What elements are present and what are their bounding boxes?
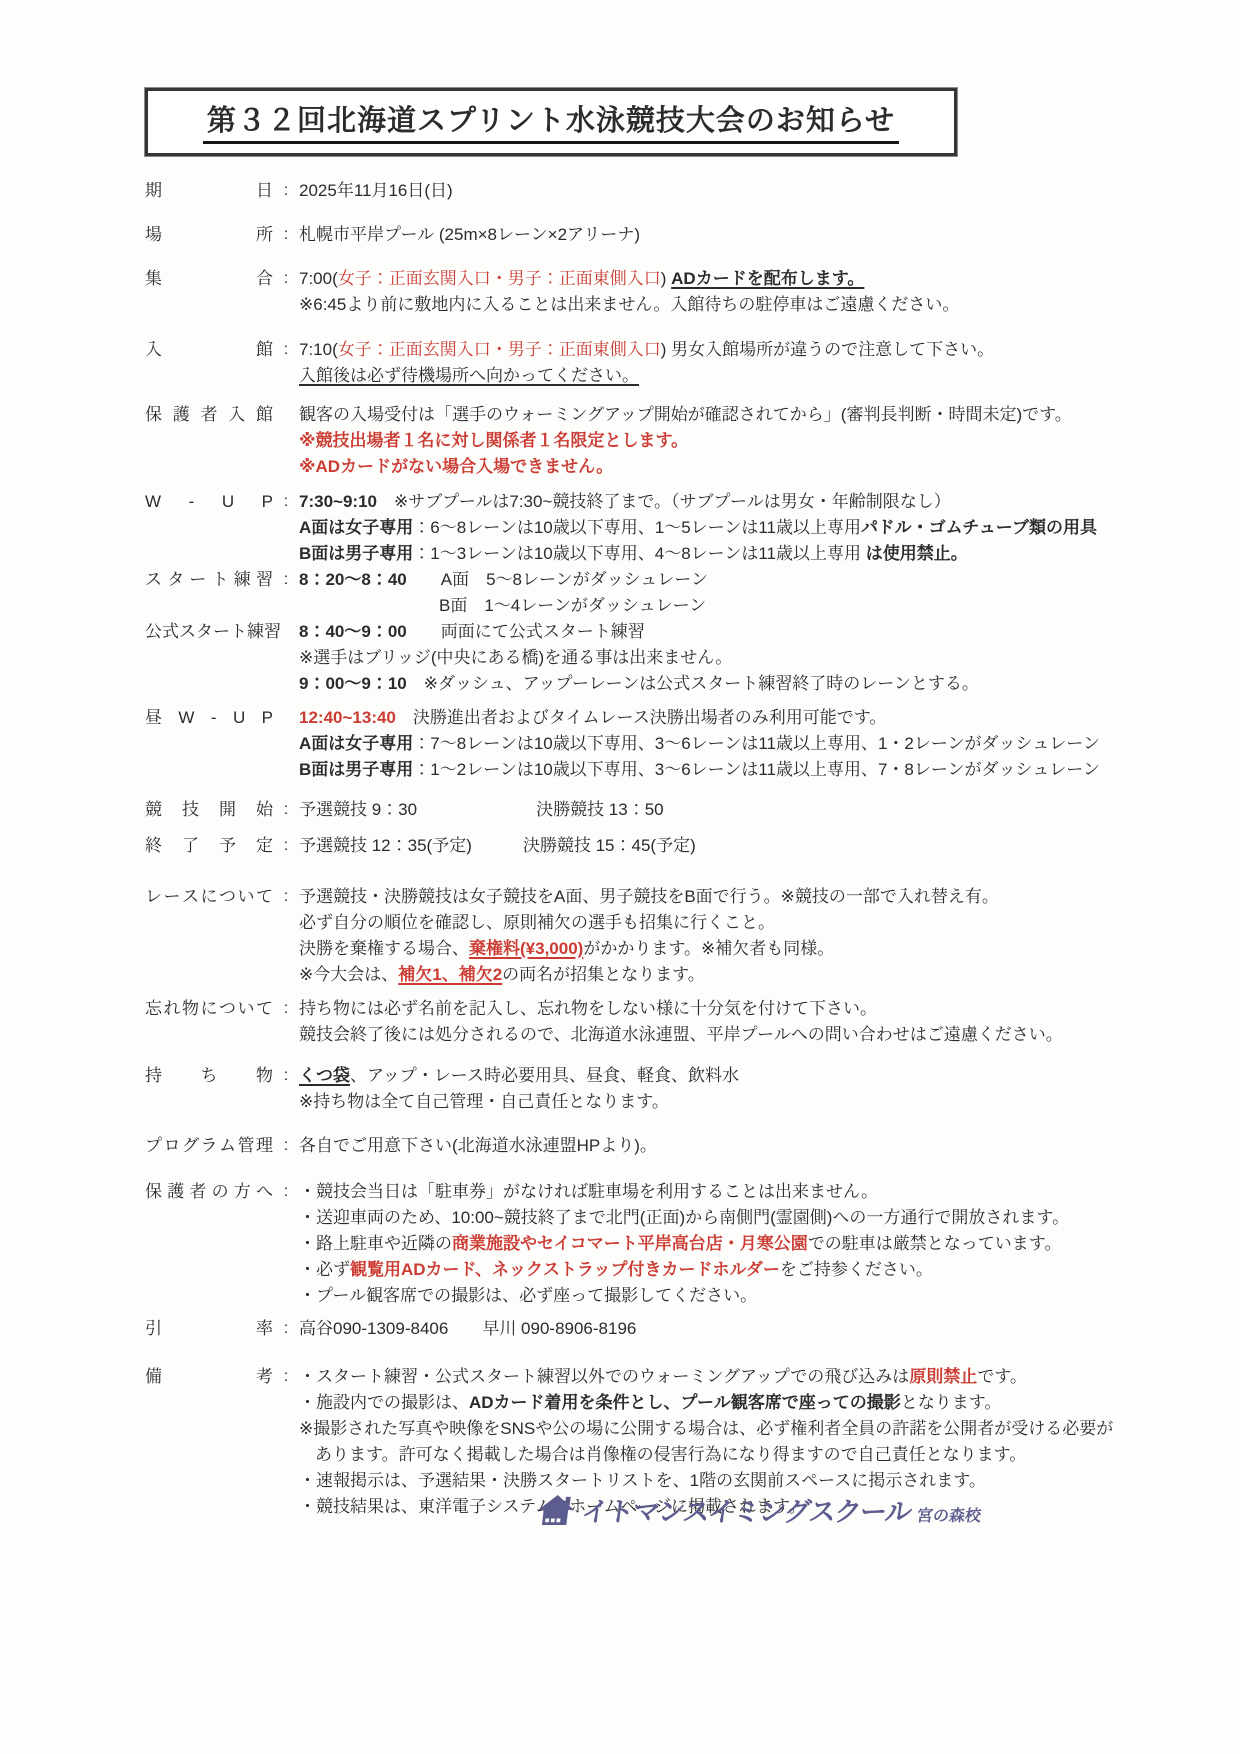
label-char: 合 [256, 266, 273, 292]
text-line: 決勝を棄権する場合、棄権料(¥3,000)がかかります。※補欠者も同様。 [299, 936, 1180, 962]
section-label: 入館 [145, 337, 273, 363]
text-segment: 8：20～8：40 [299, 570, 407, 589]
text-segment: ※ADカードがない場合入場できません。 [299, 457, 613, 476]
label-char: い [238, 996, 255, 1022]
text-segment: 予選競技 9：30 決勝競技 13：50 [299, 800, 664, 819]
house-icon [535, 1494, 577, 1526]
text-line: 12:40~13:40 決勝進出者およびタイムレース決勝出場者のみ利用可能です。 [299, 705, 1180, 731]
label-char: 物 [256, 1063, 273, 1089]
text-line: 9：00～9：10 ※ダッシュ、アップーレーンは公式スタート練習終了時のレーンと… [299, 671, 1180, 697]
label-char: 始 [256, 797, 273, 823]
section: 終了予定 : 予選競技 12：35(予定) 決勝競技 15：45(予定) [145, 833, 1180, 859]
text-segment: 観覧用ADカード、ネックストラップ付きカードホルダー [350, 1260, 780, 1279]
text-segment: 7:10( [299, 340, 338, 359]
text-segment: ・スタート練習・公式スタート練習以外でのウォーミングアップでの飛び込みは [299, 1367, 909, 1386]
label-char: 保 [145, 402, 162, 428]
text-segment: 予選競技・決勝競技は女子競技をA面、男子競技をB面で行う。※競技の一部で入れ替え… [299, 887, 999, 906]
label-char: - [189, 489, 195, 515]
section: レースについて : 予選競技・決勝競技は女子競技をA面、男子競技をB面で行う。※… [145, 884, 1180, 988]
label-char: に [201, 884, 218, 910]
label-char: 定 [256, 833, 273, 859]
label-char: 護 [173, 402, 190, 428]
text-segment: ・送迎車両のため、10:00~競技終了まで北門(正面)から南側門(霊園側)への一… [299, 1208, 1069, 1227]
text-line: ・競技会当日は「駐車券」がなければ駐車場を利用することは出来ません。 [299, 1179, 1180, 1205]
label-char: 考 [256, 1364, 273, 1390]
label-char: 所 [256, 222, 273, 248]
text-segment: 2025年11月16日(日) [299, 181, 453, 200]
section-lines: 予選競技 9：30 決勝競技 13：50 [299, 797, 1180, 823]
text-segment: ※サブプールは7:30~競技終了まで。（サブプールは男女・年齢制限なし） [377, 492, 951, 511]
label-char: の [212, 1179, 229, 1205]
text-line: 予選競技 9：30 決勝競技 13：50 [299, 797, 1180, 823]
text-line: ・プール観客席での撮影は、必ず座って撮影してください。 [299, 1283, 1180, 1309]
text-line: 高谷090-1309-8406 早川 090-8906-8196 [299, 1316, 1180, 1342]
text-segment: A面は女子専用 [299, 518, 413, 537]
label-char: - [211, 705, 217, 731]
label-char: W [178, 705, 194, 731]
label-char: 方 [234, 1179, 251, 1205]
label-char: 習 [256, 567, 273, 593]
section: 公式スタート練習 8：40～9：00 両面にて公式スタート練習※選手はブリッジ(… [145, 619, 1180, 697]
text-line: 7:10(女子：正面玄関入口・男子：正面東側入口) 男女入館場所が違うので注意し… [299, 337, 1180, 363]
label-char: ト [230, 619, 247, 645]
label-char: 護 [167, 1179, 184, 1205]
scanned-notice-page: 第３２回北海道スプリント水泳競技大会のお知らせ 期日 : 2025年11月16日… [0, 0, 1240, 1754]
text-segment: での駐車は厳禁となっています。 [808, 1234, 1062, 1253]
section-label: 公式スタート練習 [145, 619, 273, 645]
text-line: くつ袋、アップ・レース時必要用具、昼食、軽食、飲料水 [299, 1063, 1180, 1089]
section-label: 競技開始 [145, 797, 273, 823]
text-line: あります。許可なく掲載した場合は肖像権の侵害行為になり得ますので自己責任となりま… [299, 1442, 1180, 1468]
text-line: B面は男子専用：1～3レーンは10歳以下専用、4～8レーンは11歳以上専用 は使… [299, 541, 1180, 567]
text-segment: 、アップ・レース時必要用具、昼食、軽食、飲料水 [350, 1066, 739, 1085]
text-segment: ：1～2レーンは10歳以下専用、3～6レーンは11歳以上専用、7・8レーンがダッ… [413, 760, 1100, 779]
section-lines: 予選競技・決勝競技は女子競技をA面、男子競技をB面で行う。※競技の一部で入れ替え… [299, 884, 1180, 988]
label-char: 物 [182, 996, 199, 1022]
text-segment: 観客の入場受付は「選手のウォーミングアップ開始が確認されてから」(審判長判断・時… [299, 405, 1072, 424]
section-lines: ・競技会当日は「駐車券」がなければ駐車場を利用することは出来ません。・送迎車両の… [299, 1179, 1180, 1309]
text-segment: ：7～8レーンは10歳以下専用、3～6レーンは11歳以上専用、1・2レーンがダッ… [413, 734, 1100, 753]
section: 昼W-UP 12:40~13:40 決勝進出者およびタイムレース決勝出場者のみ利… [145, 705, 1180, 783]
label-char: P [262, 705, 273, 731]
label-char: タ [196, 619, 213, 645]
section-colon: : [273, 567, 299, 593]
text-line: B面は男子専用：1～2レーンは10歳以下専用、3～6レーンは11歳以上専用、7・… [299, 757, 1180, 783]
label-char: れ [164, 996, 181, 1022]
label-char: 率 [256, 1316, 273, 1342]
label-char: 者 [201, 402, 218, 428]
text-segment: 女子：正面玄関入口・男子：正面東側入口 [338, 269, 661, 288]
label-char: つ [219, 996, 236, 1022]
section-colon: : [273, 1179, 299, 1205]
label-char: 集 [145, 266, 162, 292]
text-segment: B面 1～4レーンがダッシュレーン [439, 596, 706, 615]
label-char: 備 [145, 1364, 162, 1390]
text-segment: ・路上駐車や近隣の [299, 1234, 452, 1253]
section: 入館 : 7:10(女子：正面玄関入口・男子：正面東側入口) 男女入館場所が違う… [145, 337, 1180, 389]
text-line: 8：20～8：40 A面 5～8レーンがダッシュレーン [299, 567, 1180, 593]
text-line: 予選競技・決勝競技は女子競技をA面、男子競技をB面で行う。※競技の一部で入れ替え… [299, 884, 1180, 910]
section-colon: : [273, 996, 299, 1022]
label-char: 習 [264, 619, 281, 645]
label-char: U [222, 489, 234, 515]
section-colon: : [273, 833, 299, 859]
text-segment: B面は男子専用 [299, 760, 413, 779]
text-segment: 決勝進出者およびタイムレース決勝出場者のみ利用可能です。 [396, 708, 886, 727]
label-char: 練 [234, 567, 251, 593]
section-label: 集合 [145, 266, 273, 292]
label-char: 引 [145, 1316, 162, 1342]
text-segment: ADカード着用を条件とし、プール観客席で座っての撮影 [469, 1393, 901, 1412]
text-line: ※6:45より前に敷地内に入ることは出来ません。入館待ちの駐停車はご遠慮ください… [299, 292, 1180, 318]
section-lines: 7:00(女子：正面玄関入口・男子：正面東側入口) ADカードを配布します。※6… [299, 266, 1180, 318]
section-lines: 8：20～8：40 A面 5～8レーンがダッシュレーンB面 1～4レーンがダッシ… [299, 567, 1180, 619]
text-line: 観客の入場受付は「選手のウォーミングアップ開始が確認されてから」(審判長判断・時… [299, 402, 1180, 428]
label-char: に [201, 996, 218, 1022]
label-char: ラ [201, 1133, 218, 1159]
section-lines: 8：40～9：00 両面にて公式スタート練習※選手はブリッジ(中央にある橋)を通… [299, 619, 1180, 697]
text-segment: をご持参ください。 [780, 1260, 933, 1279]
text-line: A面は女子専用：6～8レーンは10歳以下専用、1～5レーンは11歳以上専用パドル… [299, 515, 1180, 541]
text-segment: は使用禁止。 [866, 544, 968, 563]
section: W-UP : 7:30~9:10 ※サブプールは7:30~競技終了まで。（サブプ… [145, 489, 1180, 567]
section-lines: 観客の入場受付は「選手のウォーミングアップ開始が確認されてから」(審判長判断・時… [299, 402, 1180, 480]
label-char: つ [219, 884, 236, 910]
section-lines: 7:10(女子：正面玄関入口・男子：正面東側入口) 男女入館場所が違うので注意し… [299, 337, 1180, 389]
label-char: 技 [182, 797, 199, 823]
label-char: ス [182, 884, 199, 910]
text-line: 競技会終了後には処分されるので、北海道水泳連盟、平岸プールへの問い合わせはご遠慮… [299, 1022, 1180, 1048]
label-char: 館 [256, 337, 273, 363]
section: 持ち物 : くつ袋、アップ・レース時必要用具、昼食、軽食、飲料水※持ち物は全て自… [145, 1063, 1180, 1115]
section-label: 引率 [145, 1316, 273, 1342]
section-colon: : [273, 884, 299, 910]
section: 保護者の方へ : ・競技会当日は「駐車券」がなければ駐車場を利用することは出来ま… [145, 1179, 1180, 1309]
section-label: 場所 [145, 222, 273, 248]
text-segment: 決勝を棄権する場合、 [299, 939, 469, 958]
text-segment: ) 男女入館場所が違うので注意して下さい。 [661, 340, 994, 359]
label-char: ー [189, 567, 206, 593]
text-line: ※持ち物は全て自己管理・自己責任となります。 [299, 1089, 1180, 1115]
section-label: プログラム管理 [145, 1133, 273, 1159]
text-line: ※今大会は、補欠1、補欠2の両名が招集となります。 [299, 962, 1180, 988]
text-segment: ※持ち物は全て自己管理・自己責任となります。 [299, 1092, 669, 1111]
section-lines: 予選競技 12：35(予定) 決勝競技 15：45(予定) [299, 833, 1180, 859]
text-line: A面は女子専用：7～8レーンは10歳以下専用、3～6レーンは11歳以上専用、1・… [299, 731, 1180, 757]
section-colon: : [273, 1063, 299, 1089]
label-char: 忘 [145, 996, 162, 1022]
text-segment: 9：00～9：10 [299, 674, 407, 693]
text-segment: 商業施設やセイコマート平岸高台店・月寒公園 [452, 1234, 808, 1253]
section-label: 期日 [145, 178, 273, 204]
text-segment: あります。許可なく掲載した場合は肖像権の侵害行為になり得ますので自己責任となりま… [315, 1445, 1026, 1464]
section-lines: 12:40~13:40 決勝進出者およびタイムレース決勝出場者のみ利用可能です。… [299, 705, 1180, 783]
text-line: ※ADカードがない場合入場できません。 [299, 454, 1180, 480]
label-char: ー [164, 884, 181, 910]
section-colon: : [273, 337, 299, 363]
label-char: 館 [256, 402, 273, 428]
text-line: ・必ず観覧用ADカード、ネックストラップ付きカードホルダーをご持参ください。 [299, 1257, 1180, 1283]
label-char: ロ [164, 1133, 181, 1159]
section-colon: : [273, 1316, 299, 1342]
text-segment: がかかります。※補欠者も同様。 [583, 939, 834, 958]
text-segment: 高谷090-1309-8406 早川 090-8906-8196 [299, 1319, 636, 1338]
text-line: 2025年11月16日(日) [299, 178, 1180, 204]
text-line: ・送迎車両のため、10:00~競技終了まで北門(正面)から南側門(霊園側)への一… [299, 1205, 1180, 1231]
text-segment: ・プール観客席での撮影は、必ず座って撮影してください。 [299, 1286, 757, 1305]
text-segment: の両名が招集となります。 [502, 965, 705, 984]
label-char: ー [213, 619, 230, 645]
section-lines: 7:30~9:10 ※サブプールは7:30~競技終了まで。（サブプールは男女・年… [299, 489, 1180, 567]
label-char: て [256, 996, 273, 1022]
label-char: ス [179, 619, 196, 645]
section-colon: : [273, 797, 299, 823]
label-char: 競 [145, 797, 162, 823]
footer-logo: イトマンスイミングスクール 宮の森校 [535, 1490, 985, 1529]
section-lines: 各自でご用意下さい(北海道水泳連盟HPより)。 [299, 1133, 1180, 1159]
text-segment: ※競技出場者１名に対し関係者１名限定とします。 [299, 431, 688, 450]
label-char: 予 [219, 833, 236, 859]
section: 集合 : 7:00(女子：正面玄関入口・男子：正面東側入口) ADカードを配布し… [145, 266, 1180, 318]
section: 引率 : 高谷090-1309-8406 早川 090-8906-8196 [145, 1316, 1180, 1342]
section-label: 持ち物 [145, 1063, 273, 1089]
text-line: ・スタート練習・公式スタート練習以外でのウォーミングアップでの飛び込みは原則禁止… [299, 1364, 1180, 1390]
text-segment: です。 [977, 1367, 1027, 1386]
text-segment: ：6～8レーンは10歳以下専用、1～5レーンは11歳以上専用 [413, 518, 861, 537]
text-segment: パドル・ゴムチューブ類の用具 [861, 518, 1097, 537]
label-char: い [238, 884, 255, 910]
text-segment: 棄権料(¥3,000) [469, 939, 583, 958]
section-colon: : [273, 222, 299, 248]
text-segment: 女子：正面玄関入口・男子：正面東側入口 [338, 340, 661, 359]
text-line: 各自でご用意下さい(北海道水泳連盟HPより)。 [299, 1133, 1180, 1159]
section-label: レースについて [145, 884, 273, 910]
section: プログラム管理 : 各自でご用意下さい(北海道水泳連盟HPより)。 [145, 1133, 1180, 1159]
text-segment: ADカードを配布します。 [671, 269, 864, 288]
label-char: ち [201, 1063, 218, 1089]
section: 忘れ物について : 持ち物には必ず名前を記入し、忘れ物をしない様に十分気を付けて… [145, 996, 1180, 1048]
text-line: ・施設内での撮影は、ADカード着用を条件とし、プール観客席で座っての撮影となりま… [299, 1390, 1180, 1416]
section-lines: 札幌市平岸プール (25m×8レーン×2アリーナ) [299, 222, 1180, 248]
section-colon: : [273, 489, 299, 515]
label-char: P [262, 489, 273, 515]
text-segment: 7:00( [299, 269, 338, 288]
text-segment: となります。 [901, 1393, 1002, 1412]
text-segment: 持ち物には必ず名前を記入し、忘れ物をしない様に十分気を付けて下さい。 [299, 999, 877, 1018]
label-char: ト [212, 567, 229, 593]
section-colon: : [273, 1364, 299, 1390]
label-char: 了 [182, 833, 199, 859]
section-lines: 2025年11月16日(日) [299, 178, 1180, 204]
section-label: 保護者入館 [145, 402, 273, 428]
text-segment: ※6:45より前に敷地内に入ることは出来ません。入館待ちの駐停車はご遠慮ください… [299, 295, 959, 314]
section: 保護者入館 観客の入場受付は「選手のウォーミングアップ開始が確認されてから」(審… [145, 402, 1180, 480]
text-segment: B面は男子専用 [299, 544, 413, 563]
label-char: 日 [256, 178, 273, 204]
text-line: ※競技出場者１名に対し関係者１名限定とします。 [299, 428, 1180, 454]
section-label: スタート練習 [145, 567, 273, 593]
text-segment: 7:30~9:10 [299, 492, 377, 511]
label-char: 管 [238, 1133, 255, 1159]
text-line: 7:00(女子：正面玄関入口・男子：正面東側入口) ADカードを配布します。 [299, 266, 1180, 292]
label-char: タ [167, 567, 184, 593]
label-char: 開 [219, 797, 236, 823]
label-char: 式 [162, 619, 179, 645]
text-segment: ・施設内での撮影は、 [299, 1393, 469, 1412]
section-label: 終了予定 [145, 833, 273, 859]
text-line: 予選競技 12：35(予定) 決勝競技 15：45(予定) [299, 833, 1180, 859]
text-segment: 札幌市平岸プール (25m×8レーン×2アリーナ) [299, 225, 640, 244]
text-segment: ・競技会当日は「駐車券」がなければ駐車場を利用することは出来ません。 [299, 1182, 878, 1201]
section-lines: 持ち物には必ず名前を記入し、忘れ物をしない様に十分気を付けて下さい。競技会終了後… [299, 996, 1180, 1048]
label-char: プ [145, 1133, 162, 1159]
text-segment: 8：40～9：00 [299, 622, 407, 641]
section-lines: 高谷090-1309-8406 早川 090-8906-8196 [299, 1316, 1180, 1342]
text-segment: 競技会終了後には処分されるので、北海道水泳連盟、平岸プールへの問い合わせはご遠慮… [299, 1025, 1063, 1044]
text-segment: A面 5～8レーンがダッシュレーン [407, 570, 708, 589]
title-box: 第３２回北海道スプリント水泳競技大会のお知らせ [145, 88, 957, 156]
text-line: 必ず自分の順位を確認し、原則補欠の選手も招集に行くこと。 [299, 910, 1180, 936]
label-char: W [145, 489, 161, 515]
label-char: 終 [145, 833, 162, 859]
label-char: 者 [189, 1179, 206, 1205]
label-char: 公 [145, 619, 162, 645]
text-segment: ※ダッシュ、アップーレーンは公式スタート練習終了時のレーンとする。 [407, 674, 979, 693]
label-char: 保 [145, 1179, 162, 1205]
label-char: 練 [247, 619, 264, 645]
text-segment: 補欠1、補欠2 [398, 965, 502, 984]
text-segment: 必ず自分の順位を確認し、原則補欠の選手も招集に行くこと。 [299, 913, 775, 932]
section: 場所 : 札幌市平岸プール (25m×8レーン×2アリーナ) [145, 222, 1180, 248]
section-colon: : [273, 1133, 299, 1159]
section-colon: : [273, 178, 299, 204]
label-char: 持 [145, 1063, 162, 1089]
text-line: B面 1～4レーンがダッシュレーン [299, 593, 1180, 619]
section-lines: くつ袋、アップ・レース時必要用具、昼食、軽食、飲料水※持ち物は全て自己管理・自己… [299, 1063, 1180, 1115]
label-char: 場 [145, 222, 162, 248]
page-title: 第３２回北海道スプリント水泳競技大会のお知らせ [203, 98, 899, 144]
label-char: 昼 [145, 705, 162, 731]
text-segment: ※今大会は、 [299, 965, 398, 984]
text-segment: ・必ず [299, 1260, 350, 1279]
text-segment: 入館後は必ず待機場所へ向かってください。 [299, 366, 639, 385]
logo-branch-name: 宮の森校 [916, 1503, 983, 1529]
text-segment: くつ袋 [299, 1066, 350, 1085]
text-segment: 両面にて公式スタート練習 [407, 622, 645, 641]
text-segment: 予選競技 12：35(予定) 決勝競技 15：45(予定) [299, 836, 696, 855]
text-line: 持ち物には必ず名前を記入し、忘れ物をしない様に十分気を付けて下さい。 [299, 996, 1180, 1022]
text-segment: ：1～3レーンは10歳以下専用、4～8レーンは11歳以上専用 [413, 544, 865, 563]
label-char: 理 [256, 1133, 273, 1159]
text-line: 7:30~9:10 ※サブプールは7:30~競技終了まで。（サブプールは男女・年… [299, 489, 1180, 515]
text-line: 札幌市平岸プール (25m×8レーン×2アリーナ) [299, 222, 1180, 248]
label-char: レ [145, 884, 162, 910]
section-label: 備考 [145, 1364, 273, 1390]
text-segment: 12:40~13:40 [299, 708, 396, 727]
label-char: ス [145, 567, 162, 593]
text-line: 8：40～9：00 両面にて公式スタート練習 [299, 619, 1180, 645]
document-body: 期日 : 2025年11月16日(日) 場所 : 札幌市平岸プール (25m×8… [145, 178, 1180, 1520]
text-segment: 各自でご用意下さい(北海道水泳連盟HPより)。 [299, 1136, 657, 1155]
text-line: ※撮影された写真や映像をSNSや公の場に公開する場合は、必ず権利者全員の許諾を公… [299, 1416, 1180, 1442]
text-segment: ※撮影された写真や映像をSNSや公の場に公開する場合は、必ず権利者全員の許諾を公… [299, 1419, 1113, 1438]
label-char: 入 [228, 402, 245, 428]
section: 期日 : 2025年11月16日(日) [145, 178, 1180, 204]
section-label: 昼W-UP [145, 705, 273, 731]
logo-school-name: イトマンスイミングスクール [580, 1490, 914, 1529]
text-segment: ) [661, 269, 671, 288]
label-char: 期 [145, 178, 162, 204]
label-char: U [233, 705, 245, 731]
section-label: 忘れ物について [145, 996, 273, 1022]
section-colon: : [273, 266, 299, 292]
label-char: 入 [145, 337, 162, 363]
text-line: 入館後は必ず待機場所へ向かってください。 [299, 363, 1180, 389]
label-char: て [256, 884, 273, 910]
text-segment: 原則禁止 [909, 1367, 977, 1386]
section-label: 保護者の方へ [145, 1179, 273, 1205]
label-char: グ [182, 1133, 199, 1159]
section: スタート練習 : 8：20～8：40 A面 5～8レーンがダッシュレーンB面 1… [145, 567, 1180, 619]
section-label: W-UP [145, 489, 273, 515]
text-line: ※選手はブリッジ(中央にある橋)を通る事は出来ません。 [299, 645, 1180, 671]
label-char: ム [219, 1133, 236, 1159]
text-segment: ・速報掲示は、予選結果・決勝スタートリストを、1階の玄関前スペースに掲示されます… [299, 1471, 986, 1490]
text-segment: ※選手はブリッジ(中央にある橋)を通る事は出来ません。 [299, 648, 732, 667]
text-line: ・路上駐車や近隣の商業施設やセイコマート平岸高台店・月寒公園での駐車は厳禁となっ… [299, 1231, 1180, 1257]
section: 競技開始 : 予選競技 9：30 決勝競技 13：50 [145, 797, 1180, 823]
label-char: へ [256, 1179, 273, 1205]
text-segment: A面は女子専用 [299, 734, 413, 753]
